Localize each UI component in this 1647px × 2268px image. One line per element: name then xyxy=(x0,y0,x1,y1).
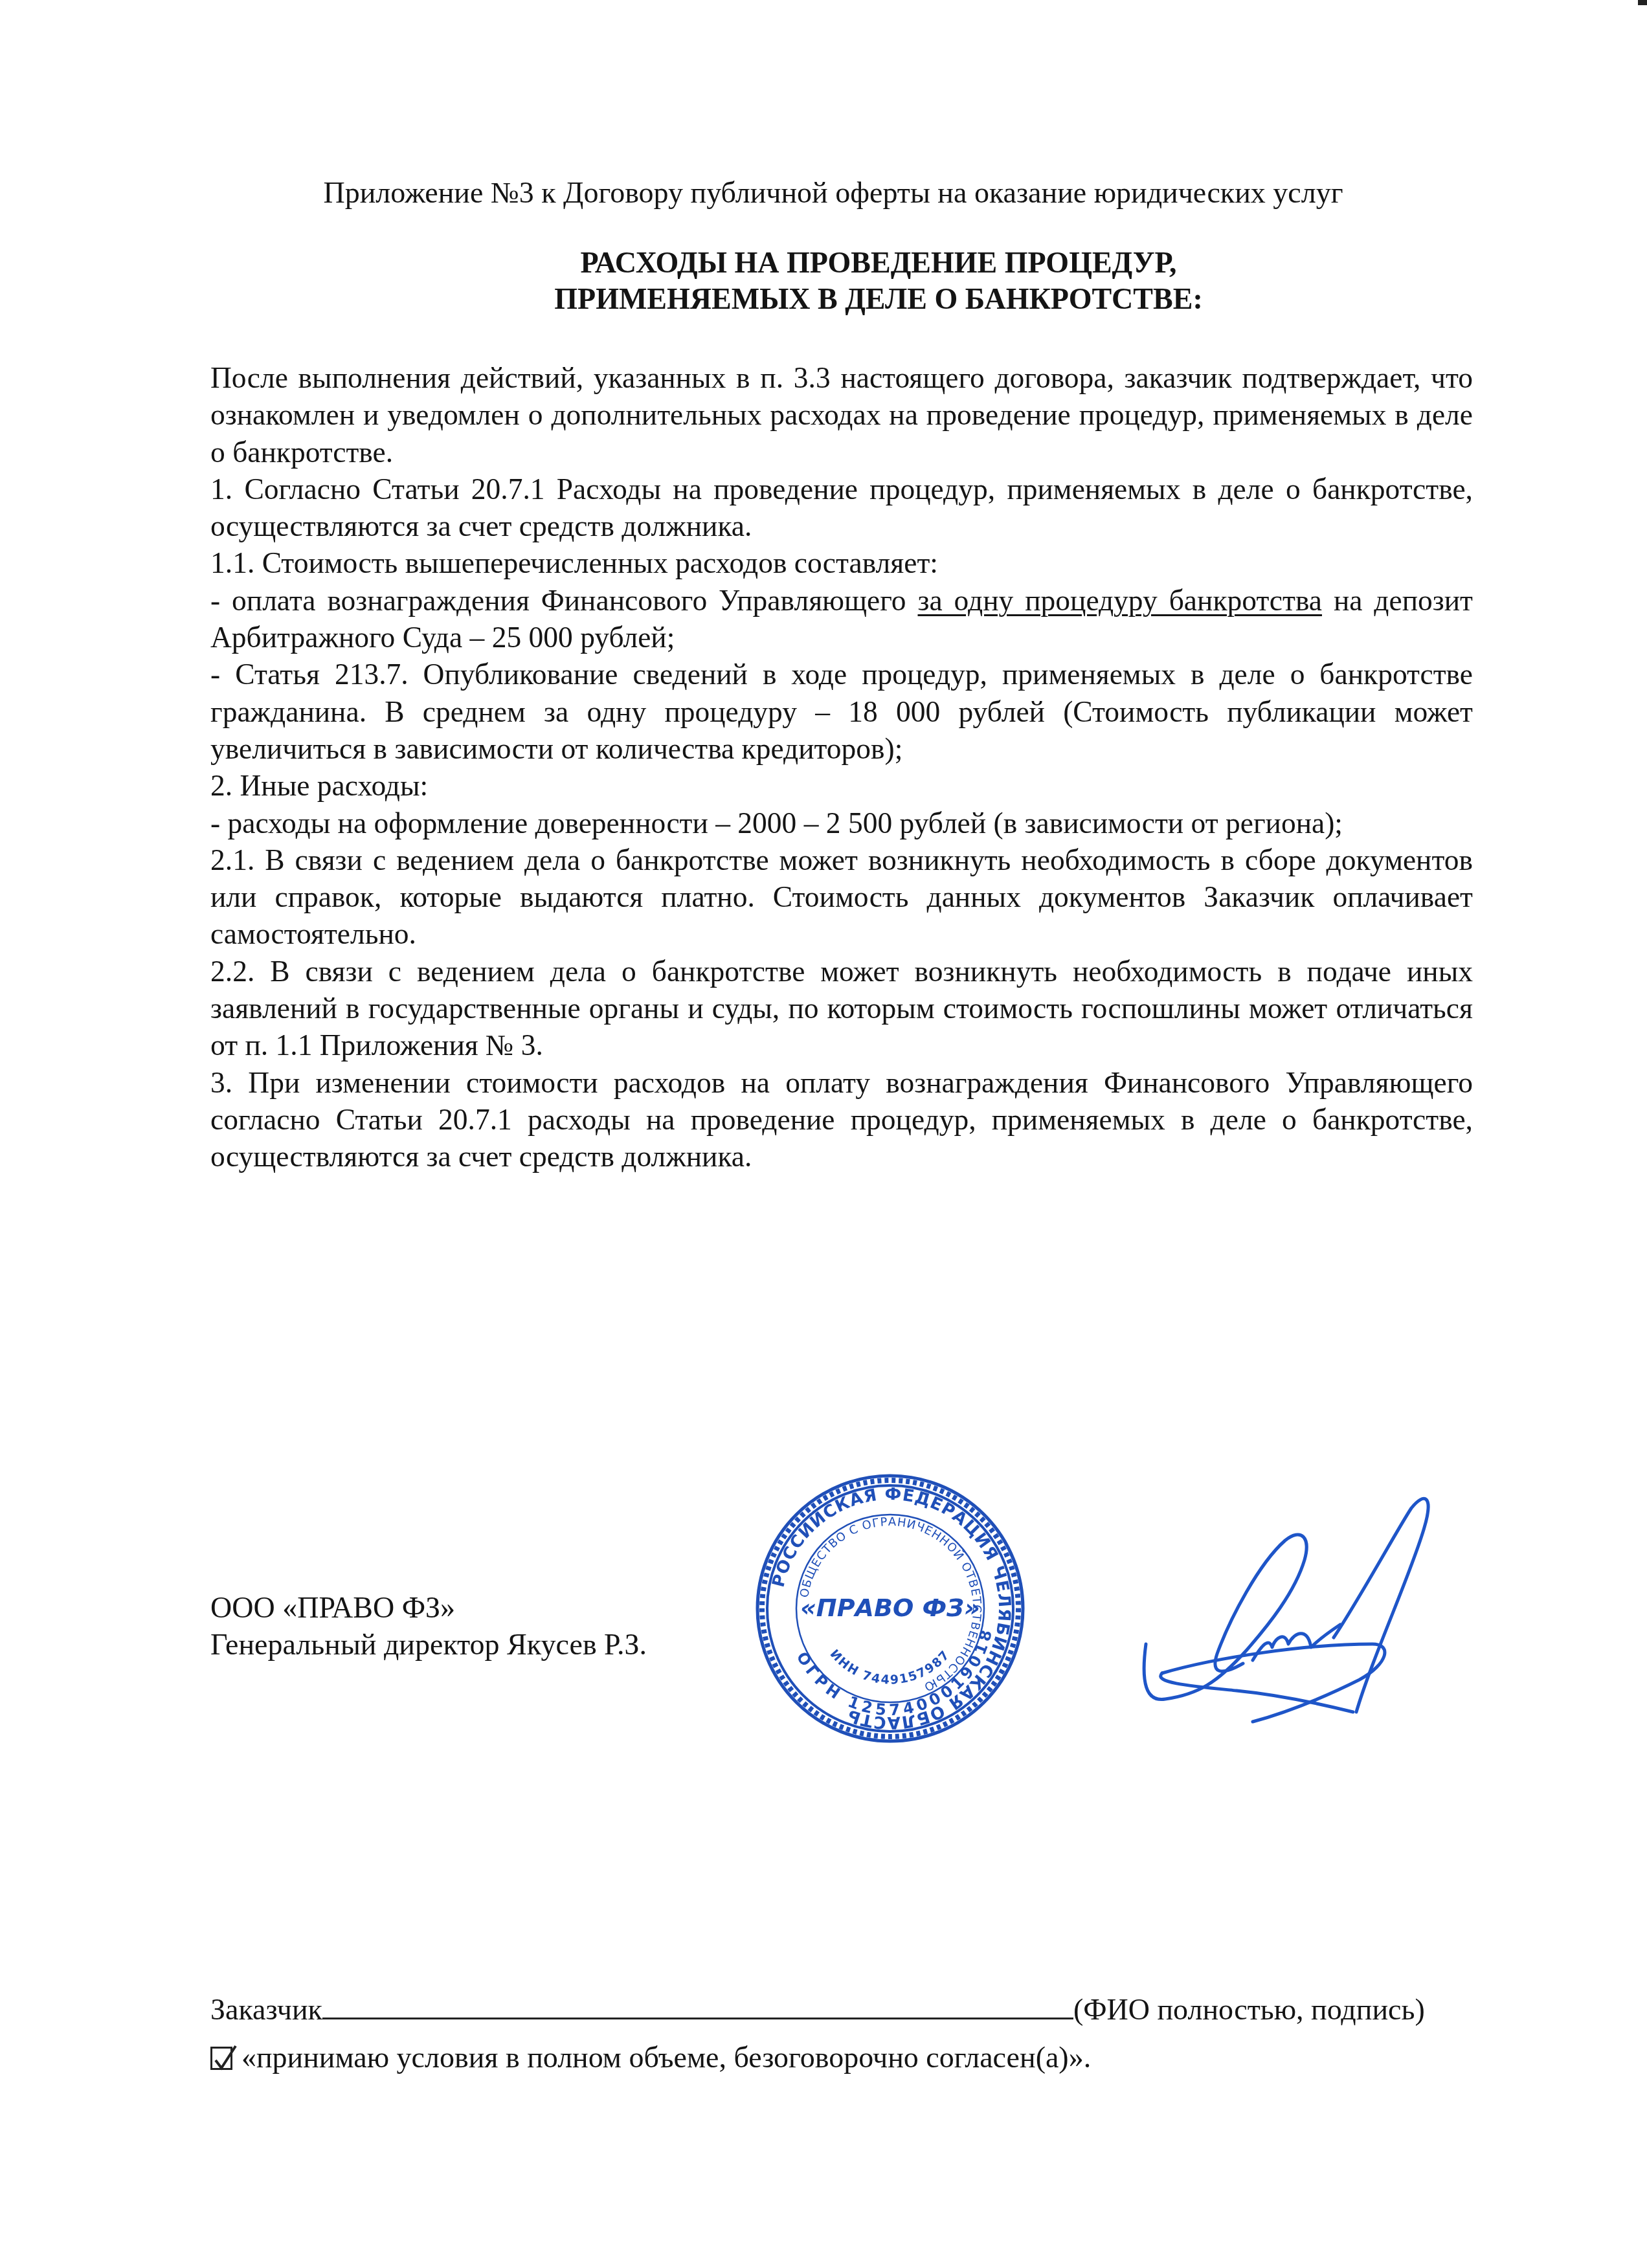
text-segment: - оплата вознаграждения Финансового Упра… xyxy=(210,584,918,617)
underlined-text: за одну процедуру банкротства xyxy=(918,584,1322,617)
checkmark-icon xyxy=(212,2043,238,2072)
company-signatory: Генеральный директор Якусев Р.З. xyxy=(210,1626,647,1663)
paragraph-intro: После выполнения действий, указанных в п… xyxy=(210,359,1473,471)
paragraph-1-1: 1.1. Стоимость вышеперечисленных расходо… xyxy=(210,544,1473,581)
customer-field-hint: (ФИО полностью, подпись) xyxy=(1073,1993,1425,2026)
paragraph-2: 2. Иные расходы: xyxy=(210,767,1473,804)
customer-name-field[interactable] xyxy=(322,1990,1073,2019)
signature-icon xyxy=(1139,1489,1502,1735)
paragraph-2-a: - расходы на оформление доверенности – 2… xyxy=(210,805,1473,841)
scan-corner-mark xyxy=(1638,0,1647,5)
document-page: Приложение №3 к Договору публичной оферт… xyxy=(0,0,1647,2268)
company-stamp-icon: РОССИЙСКАЯ ФЕДЕРАЦИЯ ЧЕЛЯБИНСКАЯ ОБЛАСТЬ… xyxy=(748,1466,1033,1751)
company-block: ООО «ПРАВО ФЗ» Генеральный директор Якус… xyxy=(210,1589,647,1663)
agreement-checkbox[interactable] xyxy=(210,2047,232,2070)
agreement-row: «принимаю условия в полном объеме, безог… xyxy=(210,2039,1091,2076)
company-name: ООО «ПРАВО ФЗ» xyxy=(210,1589,647,1626)
agreement-text: «принимаю условия в полном объеме, безог… xyxy=(241,2041,1091,2074)
title-line-1: РАСХОДЫ НА ПРОВЕДЕНИЕ ПРОЦЕДУР, xyxy=(110,245,1647,281)
paragraph-1: 1. Согласно Статьи 20.7.1 Расходы на про… xyxy=(210,471,1473,545)
customer-label: Заказчик xyxy=(210,1993,322,2026)
paragraph-1-1-b: - Статья 213.7. Опубликование сведений в… xyxy=(210,656,1473,767)
appendix-header: Приложение №3 к Договору публичной оферт… xyxy=(0,175,1647,211)
document-body: После выполнения действий, указанных в п… xyxy=(210,359,1473,1175)
paragraph-2-2: 2.2. В связи с ведением дела о банкротст… xyxy=(210,953,1473,1064)
svg-text:«ПРАВО ФЗ»: «ПРАВО ФЗ» xyxy=(800,1594,980,1622)
paragraph-1-1-a: - оплата вознаграждения Финансового Упра… xyxy=(210,582,1473,656)
title-line-2: ПРИМЕНЯЕМЫХ В ДЕЛЕ О БАНКРОТСТВЕ: xyxy=(110,281,1647,317)
paragraph-3: 3. При изменении стоимости расходов на о… xyxy=(210,1064,1473,1175)
document-title: РАСХОДЫ НА ПРОВЕДЕНИЕ ПРОЦЕДУР, ПРИМЕНЯЕ… xyxy=(0,245,1647,317)
customer-signature-row: Заказчик(ФИО полностью, подпись) xyxy=(210,1990,1425,2028)
paragraph-2-1: 2.1. В связи с ведением дела о банкротст… xyxy=(210,841,1473,953)
